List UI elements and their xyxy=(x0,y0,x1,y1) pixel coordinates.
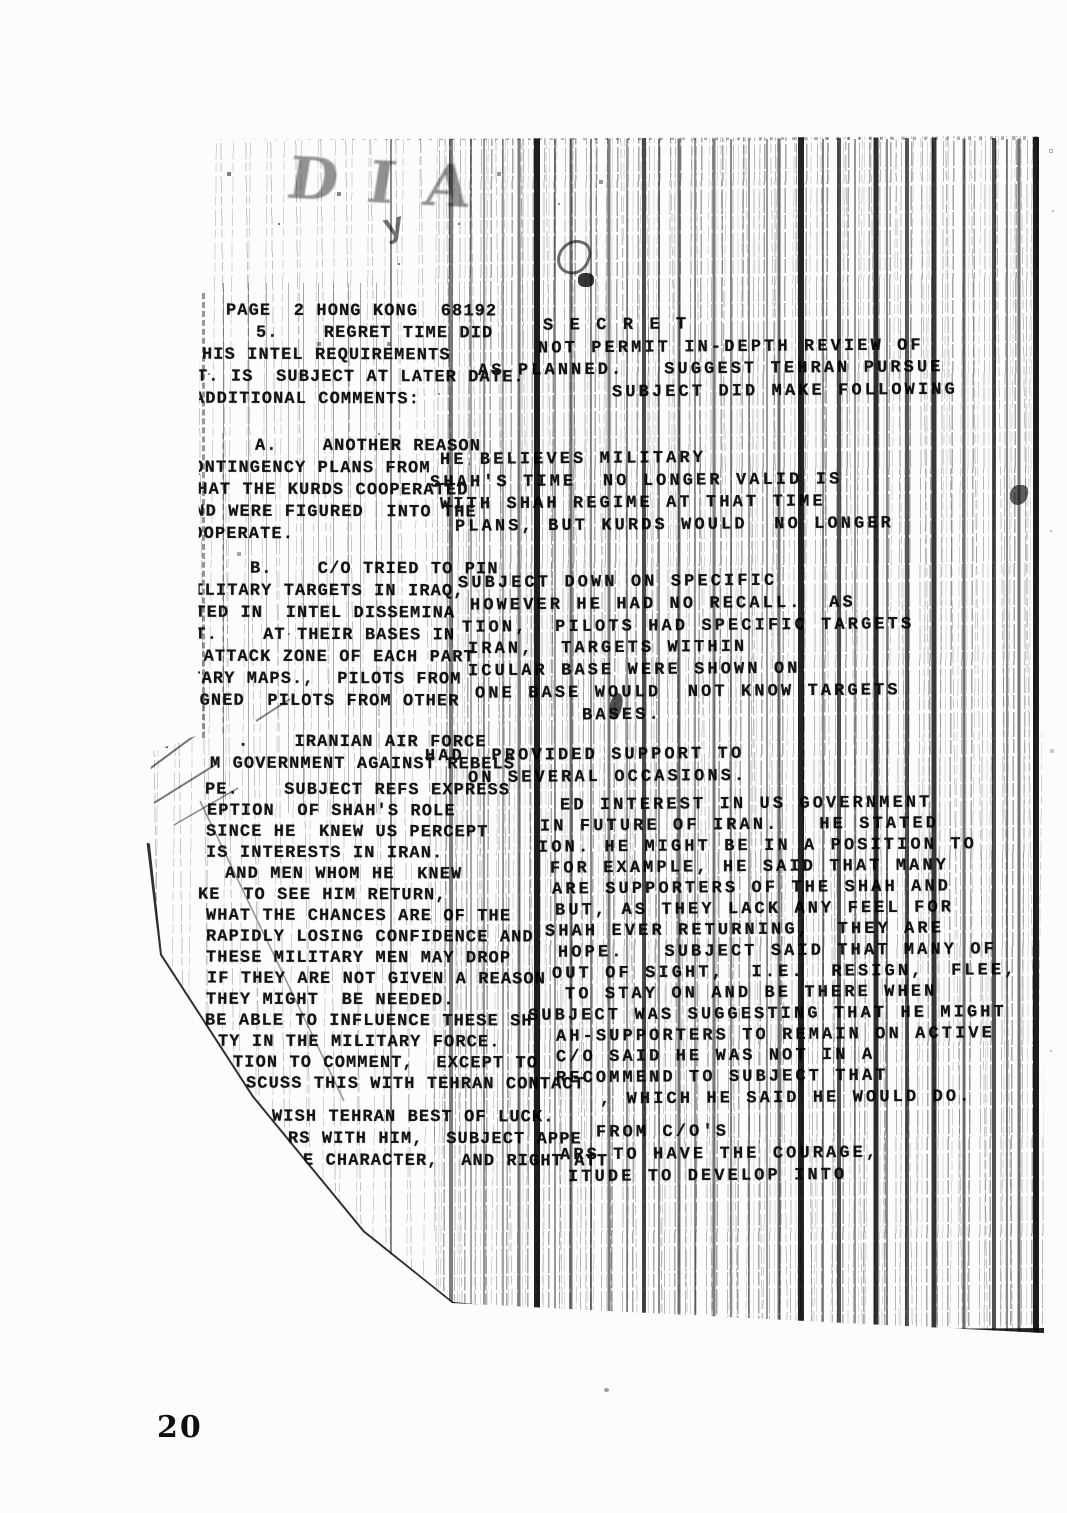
faint-vertical-streaks xyxy=(138,283,139,813)
torn-edge-lines xyxy=(138,133,1046,1345)
scan-noise-specks xyxy=(138,133,140,135)
page-number-label: 20 xyxy=(157,1410,203,1445)
right-margin-marks xyxy=(1050,150,1052,152)
document-page: DIA y PAGE 2 HONG KONG 68192S E C R E T5… xyxy=(138,133,1046,1345)
heavy-vertical-streaks xyxy=(138,139,140,1335)
scanned-document-screenshot: { "stamp": { "text": "DIA", "mark": "y" … xyxy=(0,0,1067,1513)
stray-dot xyxy=(604,1388,609,1392)
